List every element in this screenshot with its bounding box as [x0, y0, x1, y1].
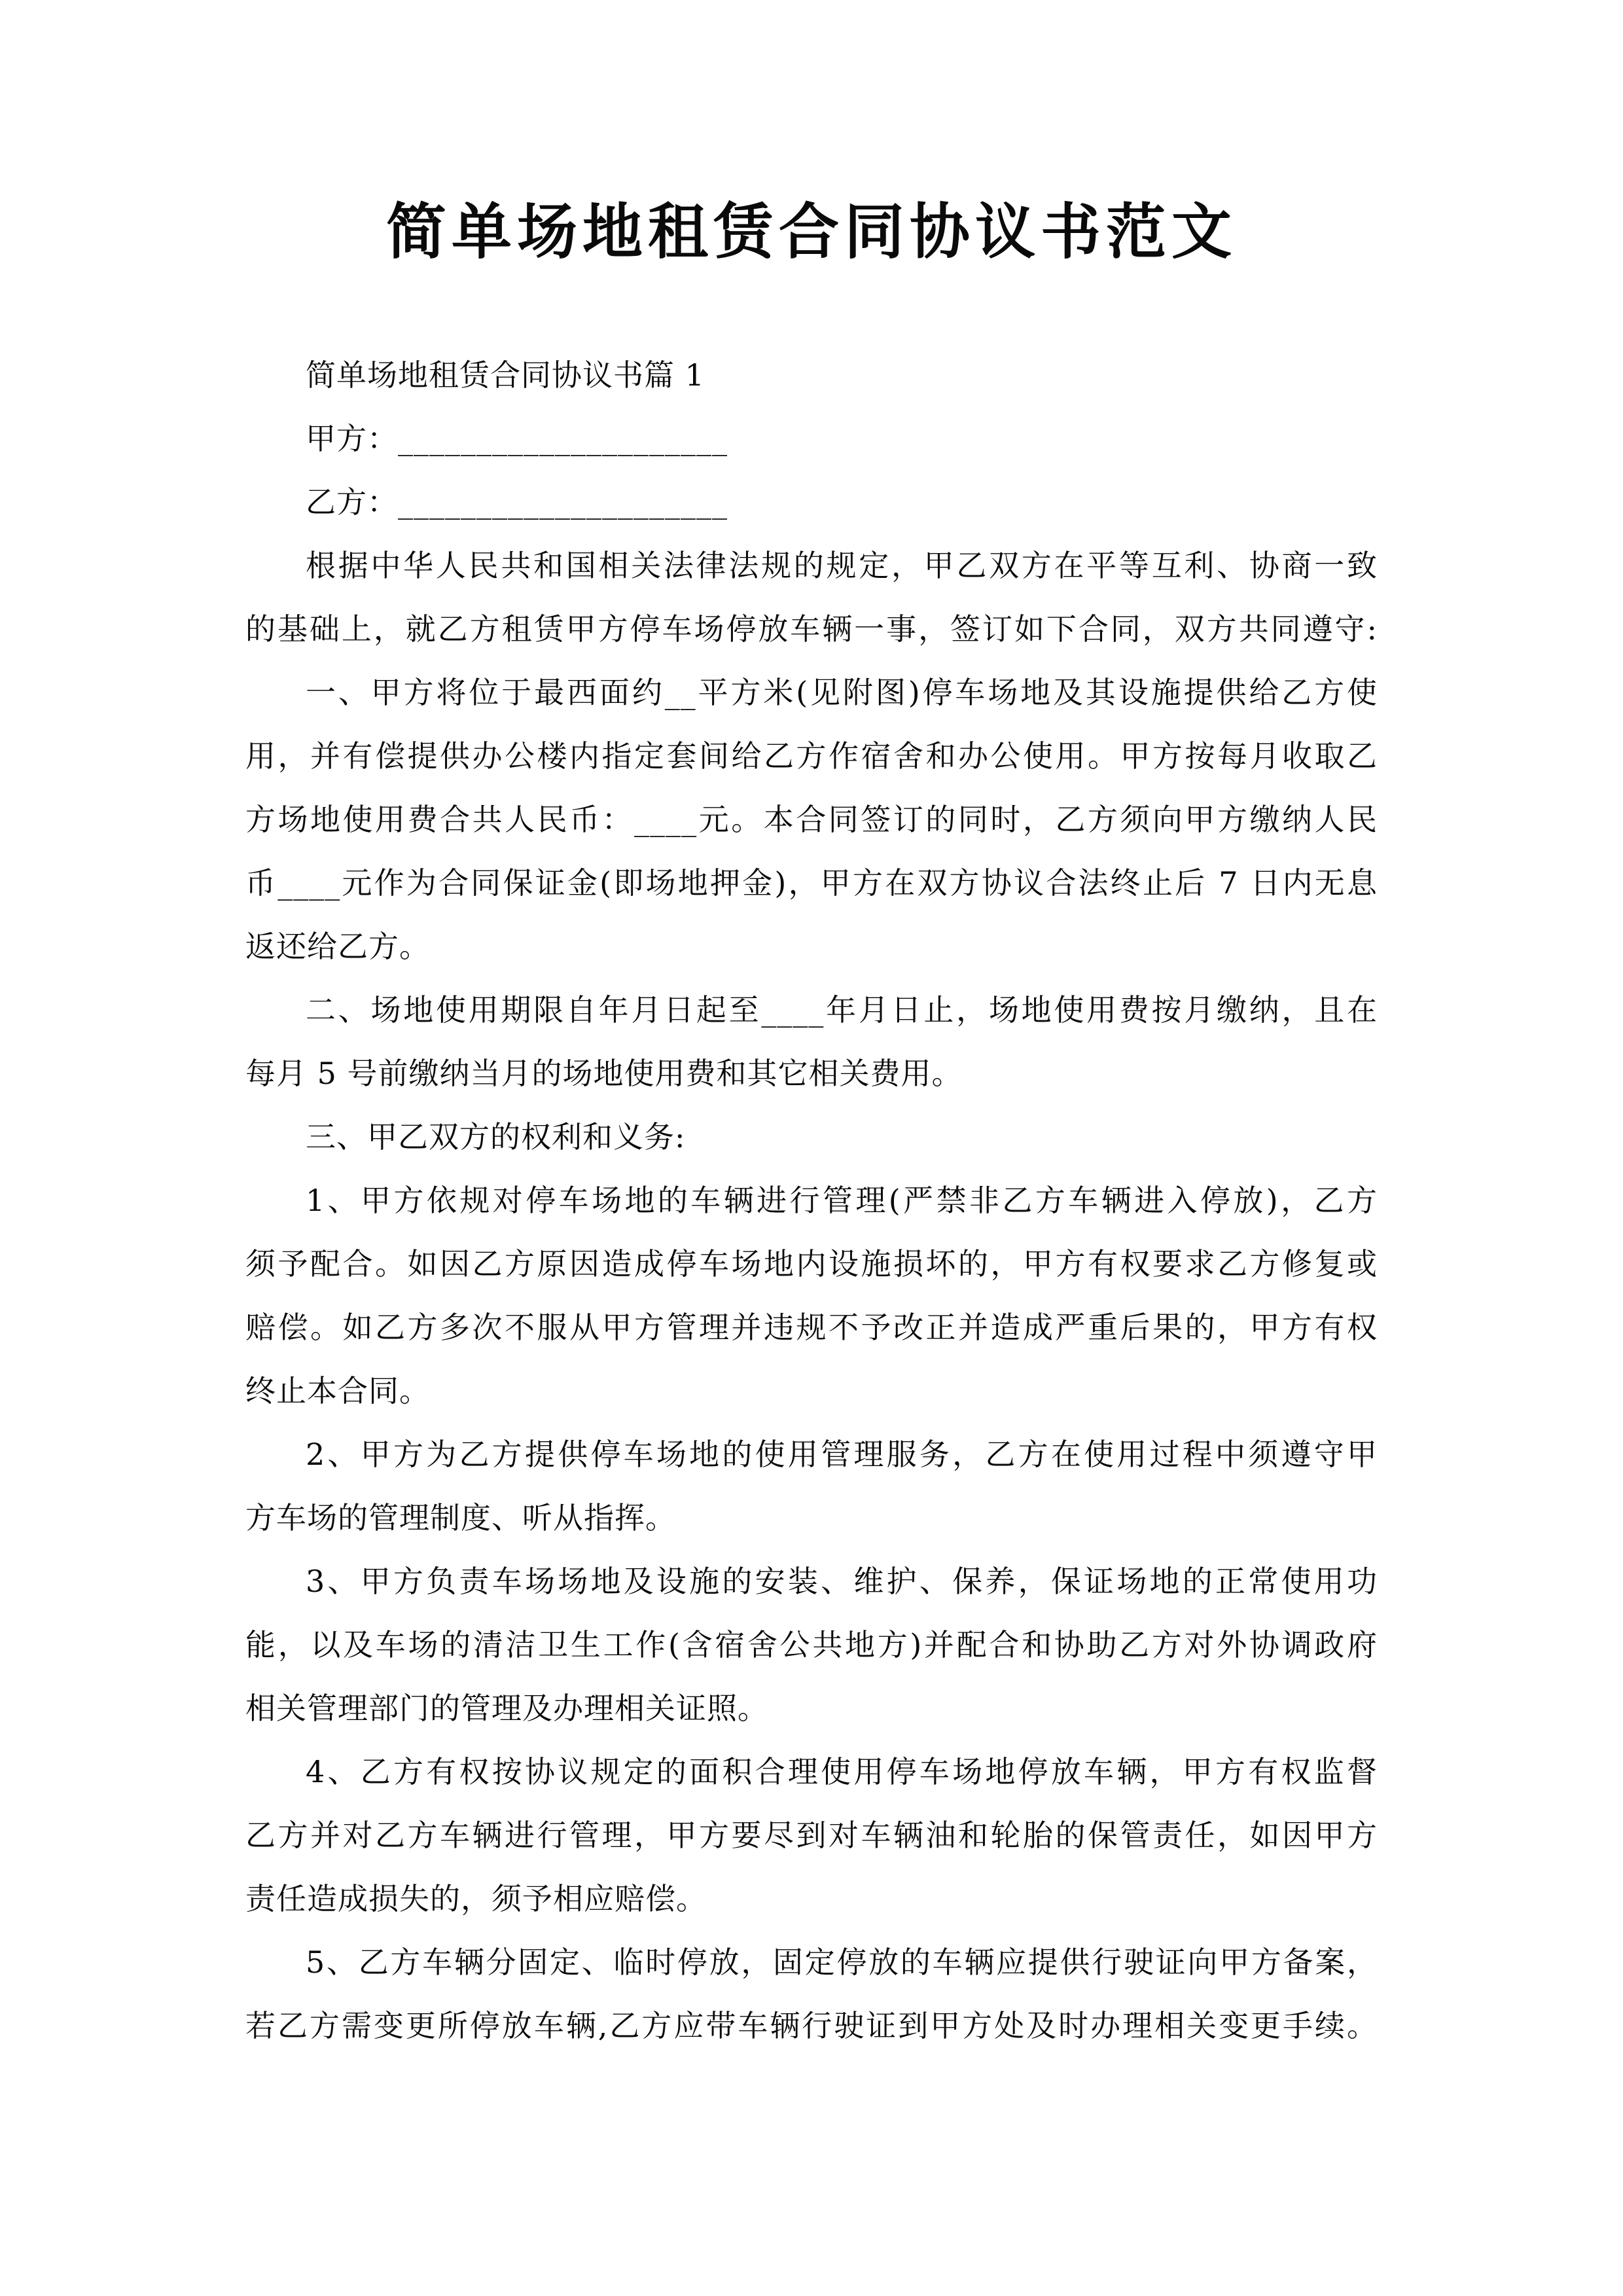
page-title: 简单场地租赁合同协议书范文	[245, 193, 1378, 270]
contract-line-item-2: 2、甲方为乙方提供停车场地的使用管理服务，乙方在使用过程中须遵守甲	[245, 1423, 1378, 1486]
contract-line: 币____元作为合同保证金(即场地押金)，甲方在双方协议合法终止后 7 日内无息	[245, 852, 1378, 915]
contract-body: 简单场地租赁合同协议书篇 1 甲方：_____________________ …	[245, 344, 1378, 2058]
contract-line: 终止本合同。	[245, 1359, 1378, 1423]
contract-line: 根据中华人民共和国相关法律法规的规定，甲乙双方在平等互利、协商一致	[245, 534, 1378, 598]
contract-line: 能，以及车场的清洁卫生工作(含宿舍公共地方)并配合和协助乙方对外协调政府	[245, 1613, 1378, 1677]
contract-line: 返还给乙方。	[245, 915, 1378, 978]
contract-line-item-1: 1、甲方依规对停车场地的车辆进行管理(严禁非乙方车辆进入停放)，乙方	[245, 1169, 1378, 1232]
document-page: 简单场地租赁合同协议书范文 简单场地租赁合同协议书篇 1 甲方：________…	[0, 0, 1623, 2296]
contract-line: 若乙方需变更所停放车辆,乙方应带车辆行驶证到甲方处及时办理相关变更手续。	[245, 1994, 1378, 2058]
contract-line: 乙方并对乙方车辆进行管理，甲方要尽到对车辆油和轮胎的保管责任，如因甲方	[245, 1804, 1378, 1867]
contract-line-item-3: 3、甲方负责车场场地及设施的安装、维护、保养，保证场地的正常使用功	[245, 1550, 1378, 1613]
contract-line-item-5: 5、乙方车辆分固定、临时停放，固定停放的车辆应提供行驶证向甲方备案，	[245, 1931, 1378, 1994]
contract-line: 用，并有偿提供办公楼内指定套间给乙方作宿舍和办公使用。甲方按每月收取乙	[245, 725, 1378, 788]
contract-line-party-b-blank: 乙方：_____________________	[245, 471, 1378, 534]
contract-line: 每月 5 号前缴纳当月的场地使用费和其它相关费用。	[245, 1042, 1378, 1105]
contract-line: 相关管理部门的管理及办理相关证照。	[245, 1677, 1378, 1740]
contract-line: 方场地使用费合共人民币：____元。本合同签订的同时，乙方须向甲方缴纳人民	[245, 788, 1378, 852]
contract-line: 的基础上，就乙方租赁甲方停车场停放车辆一事，签订如下合同，双方共同遵守:	[245, 598, 1378, 661]
contract-line: 赔偿。如乙方多次不服从甲方管理并违规不予改正并造成严重后果的，甲方有权	[245, 1296, 1378, 1359]
contract-line-clause-2: 二、场地使用期限自年月日起至____年月日止，场地使用费按月缴纳，且在	[245, 978, 1378, 1042]
contract-line-item-4: 4、乙方有权按协议规定的面积合理使用停车场地停放车辆，甲方有权监督	[245, 1740, 1378, 1804]
contract-line: 须予配合。如因乙方原因造成停车场地内设施损坏的，甲方有权要求乙方修复或	[245, 1232, 1378, 1296]
contract-line: 责任造成损失的，须予相应赔偿。	[245, 1867, 1378, 1931]
contract-line-clause-1: 一、甲方将位于最西面约__平方米(见附图)停车场地及其设施提供给乙方使	[245, 661, 1378, 725]
contract-line-clause-3: 三、甲乙双方的权利和义务:	[245, 1105, 1378, 1169]
contract-line-section-heading: 简单场地租赁合同协议书篇 1	[245, 344, 1378, 407]
contract-line-party-a-blank: 甲方：_____________________	[245, 407, 1378, 471]
contract-line: 方车场的管理制度、听从指挥。	[245, 1486, 1378, 1550]
